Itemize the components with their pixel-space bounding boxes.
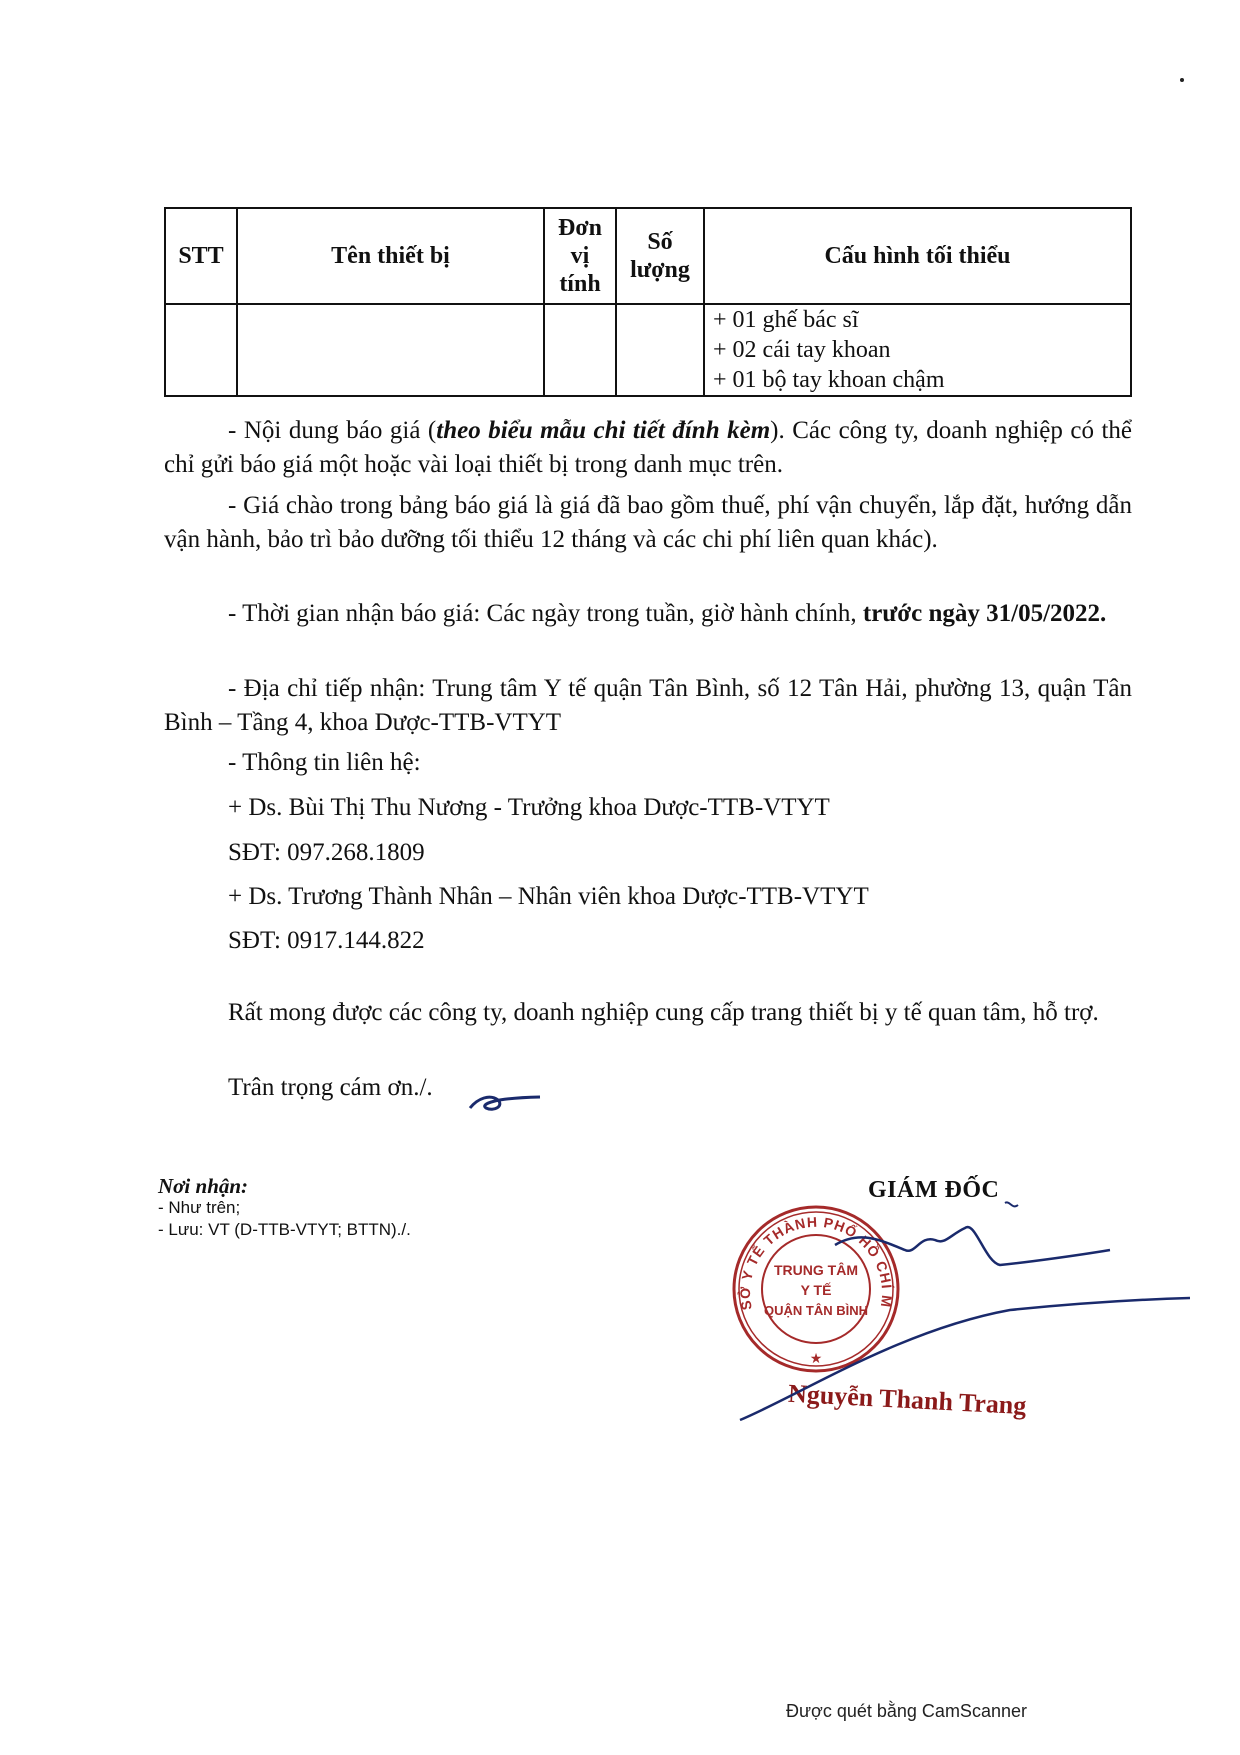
table-header-row: STT Tên thiết bị Đơn vị tính Số lượng Cấ… [165,208,1131,304]
header-qty-line: lượng [617,256,703,284]
paragraph-address: - Địa chỉ tiếp nhận: Trung tâm Y tế quận… [164,672,1132,740]
contact-2-name: + Ds. Trương Thành Nhân – Nhân viên khoa… [164,880,1196,914]
thanks-line: Trân trọng cám ơn./. [164,1071,1196,1105]
config-list: + 01 ghế bác sĩ + 02 cái tay khoan + 01 … [705,305,1130,395]
stamp-line: Y TẾ [801,1282,832,1298]
stamp-line: TRUNG TÂM [774,1261,858,1278]
header-qty-line: Số [617,228,703,256]
header-stt: STT [165,208,237,304]
cell-unit [544,304,616,396]
official-stamp-icon: SỞ Y TẾ THÀNH PHỐ HỒ CHÍ MINH TRUNG TÂM … [728,1205,904,1373]
signer-position: GIÁM ĐỐC [868,1177,999,1204]
cell-config: + 01 ghế bác sĩ + 02 cái tay khoan + 01 … [704,304,1131,396]
header-quantity: Số lượng [616,208,704,304]
text: - Thời gian nhận báo giá: Các ngày trong… [228,600,863,627]
stamp-line: QUẬN TÂN BÌNH [764,1303,868,1318]
stamp-star-icon: ★ [810,1352,823,1367]
recipient-item: - Như trên; [158,1197,411,1219]
document-page: STT Tên thiết bị Đơn vị tính Số lượng Cấ… [0,0,1240,1755]
attached-form-note: theo biểu mẫu chi tiết đính kèm [436,417,770,444]
paragraph-price-terms: - Giá chào trong bảng báo giá là giá đã … [164,489,1132,557]
camscanner-footer: Được quét bằng CamScanner [786,1701,1027,1722]
header-unit-line: Đơn [545,214,615,242]
contact-1-phone: SĐT: 097.268.1809 [164,836,1196,870]
header-unit: Đơn vị tính [544,208,616,304]
contact-2-phone: SĐT: 0917.144.822 [164,924,1196,958]
cell-device-name [237,304,544,396]
header-device-name: Tên thiết bị [237,208,544,304]
paragraph-quote-content: - Nội dung báo giá (theo biểu mẫu chi ti… [164,414,1132,482]
recipients-block: Nơi nhận: - Như trên; - Lưu: VT (D-TTB-V… [158,1175,411,1241]
signer-name: Nguyễn Thanh Trang [787,1379,1027,1421]
scan-speck [1180,78,1184,82]
equipment-table: STT Tên thiết bị Đơn vị tính Số lượng Cấ… [164,207,1132,397]
deadline-date: trước ngày 31/05/2022. [863,600,1106,627]
recipient-item: - Lưu: VT (D-TTB-VTYT; BTTN)./. [158,1219,411,1241]
config-item: + 01 ghế bác sĩ [713,305,1130,335]
closing-paragraph: Rất mong được các công ty, doanh nghiệp … [164,996,1132,1030]
table-row: + 01 ghế bác sĩ + 02 cái tay khoan + 01 … [165,304,1131,396]
header-unit-line: tính [545,270,615,298]
contact-title: - Thông tin liên hệ: [164,746,1196,780]
cell-quantity [616,304,704,396]
header-min-config: Cấu hình tối thiểu [704,208,1131,304]
config-item: + 02 cái tay khoan [713,335,1130,365]
paragraph-deadline: - Thời gian nhận báo giá: Các ngày trong… [164,597,1132,631]
config-item: + 01 bộ tay khoan chậm [713,365,1130,395]
recipients-title: Nơi nhận: [158,1175,411,1197]
contact-1-name: + Ds. Bùi Thị Thu Nương - Trưởng khoa Dư… [164,791,1196,825]
text: - Nội dung báo giá ( [228,417,436,444]
cell-stt [165,304,237,396]
header-unit-line: vị [545,242,615,270]
